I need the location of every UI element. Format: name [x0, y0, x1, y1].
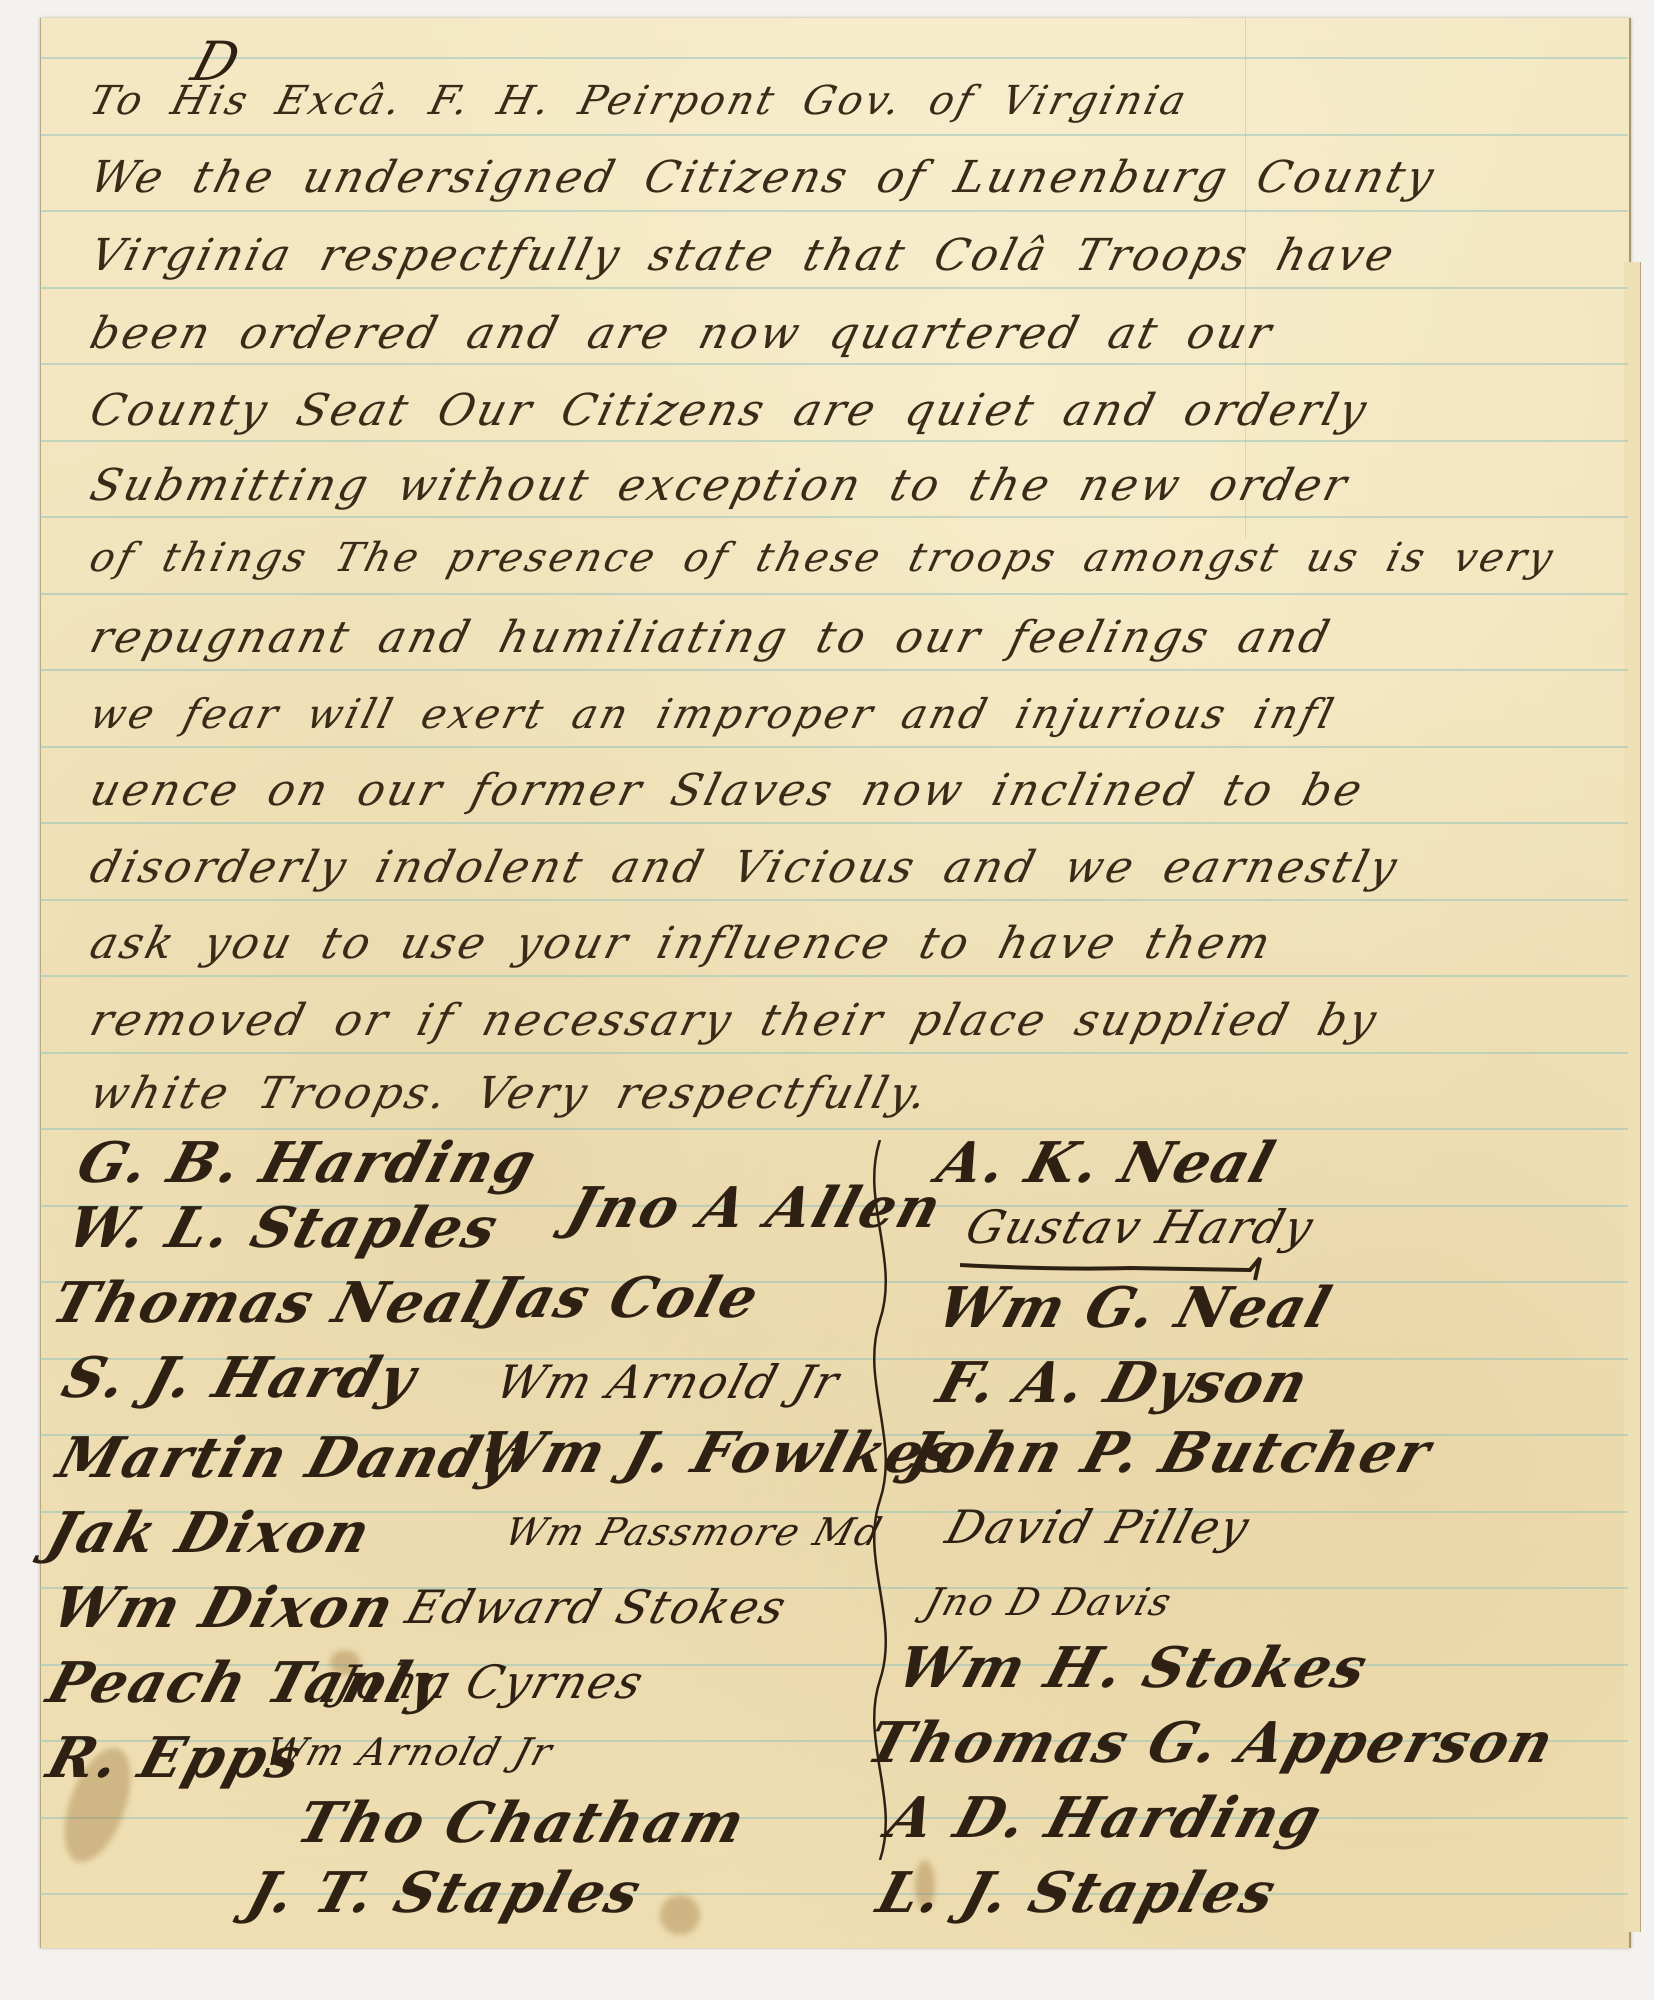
ruled-line — [40, 669, 1628, 671]
signature: David Pilley — [940, 1500, 1257, 1554]
ink-stain — [660, 1895, 700, 1935]
signature: John P. Butcher — [900, 1420, 1439, 1486]
body-line-10: uence on our former Slaves now inclined … — [85, 765, 1370, 816]
body-line-7: of things The presence of these troops a… — [85, 535, 1560, 581]
signature: Jno D Davis — [920, 1580, 1178, 1624]
body-line-4: been ordered and are now quartered at ou… — [85, 308, 1279, 359]
signature: G. B. Harding — [70, 1130, 545, 1196]
signature: W. L. Staples — [60, 1195, 507, 1261]
torn-paper-edge — [1624, 262, 1641, 1932]
body-line-6: Submitting without exception to the new … — [85, 460, 1355, 511]
ruled-line — [40, 440, 1628, 442]
ruled-line — [40, 746, 1628, 748]
signature: F. A. Dyson — [930, 1350, 1317, 1416]
signature: Wm Dixon — [45, 1575, 403, 1641]
ruled-line — [40, 516, 1628, 518]
body-line-13: removed or if necessary their place supp… — [85, 995, 1384, 1046]
ruled-line — [40, 899, 1628, 901]
ruled-line — [40, 57, 1628, 59]
body-line-5: County Seat Our Citizens are quiet and o… — [85, 385, 1374, 436]
body-line-8: repugnant and humiliating to our feeling… — [85, 612, 1337, 663]
signature: Jak Dixon — [40, 1500, 379, 1566]
signature: Wm H. Stokes — [890, 1635, 1376, 1701]
body-line-9: we fear will exert an improper and injur… — [85, 690, 1341, 738]
signature: John Cyrnes — [330, 1655, 651, 1709]
ruled-line — [40, 975, 1628, 977]
signature: Gustav Hardy — [960, 1200, 1321, 1254]
ruled-line — [40, 210, 1628, 212]
ruled-line — [40, 134, 1628, 136]
ruled-line — [40, 593, 1628, 595]
signature: Jas Cole — [480, 1265, 768, 1331]
signature: Thomas Neal — [45, 1270, 497, 1336]
ruled-line — [40, 287, 1628, 289]
signature: Wm G. Neal — [930, 1275, 1340, 1341]
body-line-2: We the undersigned Citizens of Lunenburg… — [85, 152, 1441, 203]
body-line-3: Virginia respectfully state that Colâ Tr… — [85, 230, 1402, 281]
signature: J. T. Staples — [240, 1860, 650, 1926]
signature: Wm Arnold Jr — [260, 1730, 559, 1774]
body-line-11: disorderly indolent and Vicious and we e… — [85, 842, 1405, 893]
signature: Wm Passmore Md — [500, 1510, 888, 1554]
ruled-line — [40, 822, 1628, 824]
signature: L. J. Staples — [870, 1860, 1285, 1926]
signature: Edward Stokes — [400, 1580, 794, 1634]
signature: Tho Chatham — [290, 1790, 754, 1856]
ruled-line — [40, 1817, 1628, 1819]
signature: Wm Arnold Jr — [490, 1355, 847, 1409]
signature: A. K. Neal — [930, 1130, 1283, 1196]
signature: A D. Harding — [880, 1785, 1330, 1851]
ruled-line — [40, 363, 1628, 365]
body-line-12: ask you to use your influence to have th… — [85, 918, 1278, 969]
ruled-line — [40, 1052, 1628, 1054]
signature: Thomas G. Apperson — [860, 1710, 1563, 1776]
body-line-1: To His Excâ. F. H. Peirpont Gov. of Virg… — [85, 78, 1193, 124]
signature: Martin Dandy — [50, 1425, 525, 1491]
signature: S. J. Hardy — [55, 1345, 425, 1411]
body-line-14: white Troops. Very respectfully. — [85, 1068, 935, 1119]
